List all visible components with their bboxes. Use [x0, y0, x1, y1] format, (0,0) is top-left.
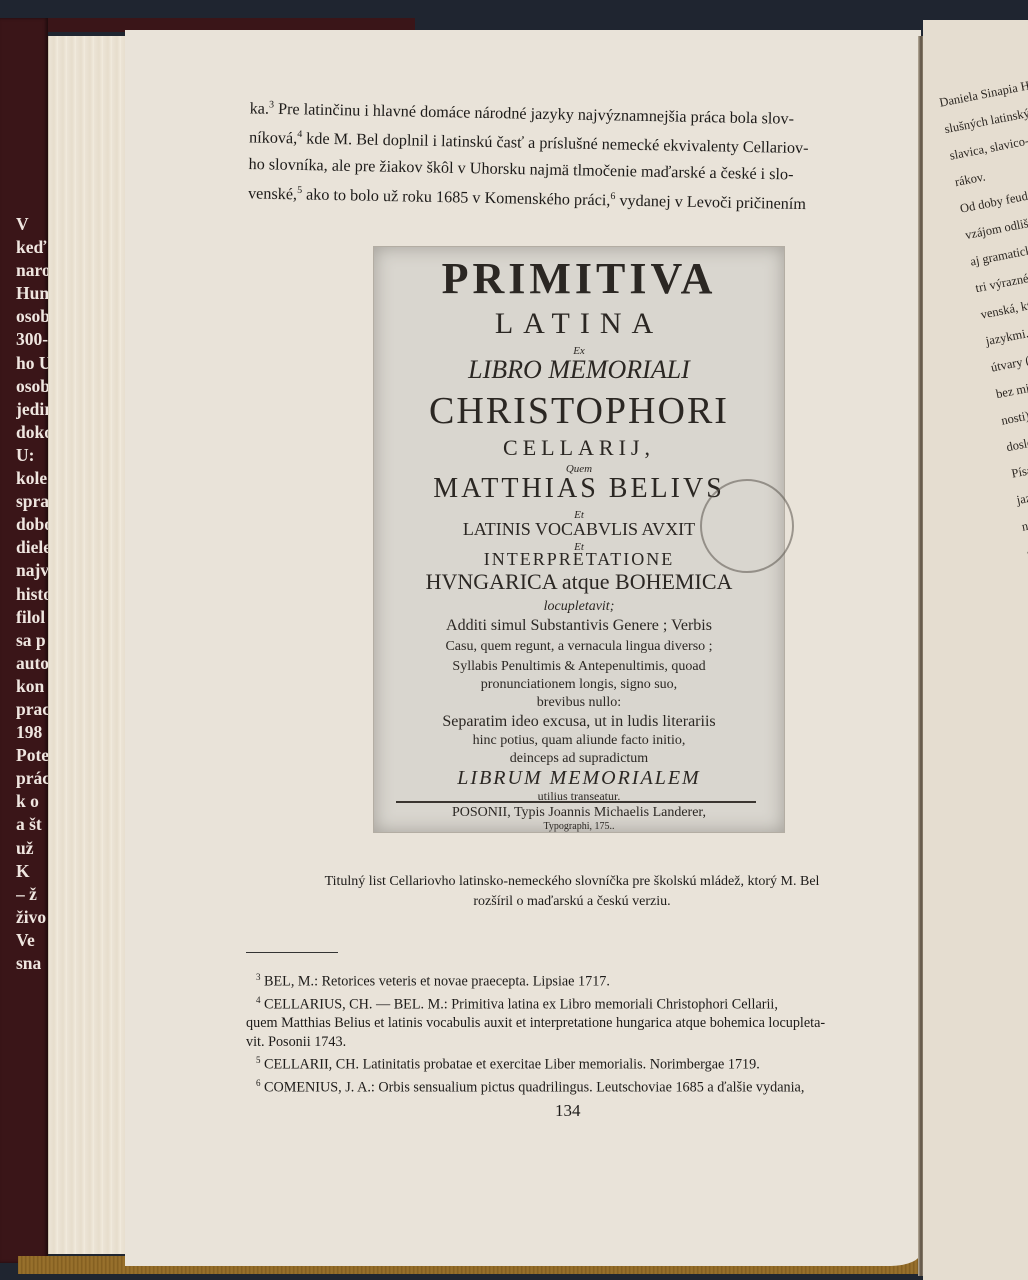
cover-text-line: Pote: [16, 744, 50, 767]
footnote-continuation: vit. Posonii 1743.: [246, 1033, 896, 1051]
right-page: Daniela Sinapia Horčslušných latinských …: [923, 20, 1028, 1280]
cover-text-line: už: [16, 837, 50, 860]
cover-text-line: sa p: [16, 629, 50, 652]
page-number: 134: [555, 1101, 581, 1121]
title-page-facsimile: PRIMITIVA LATINA Ex LIBRO MEMORIALI CHRI…: [373, 246, 785, 833]
caption-line: Titulný list Cellariovho latinsko-nemeck…: [252, 872, 892, 892]
cover-text-line: živo: [16, 906, 50, 929]
cover-text-line: – ž: [16, 883, 50, 906]
cover-text-line: 198: [16, 721, 50, 744]
footnote: 5 CELLARII, CH. Latinitatis probatae et …: [246, 1051, 896, 1074]
figure-line: LIBRUM MEMORIALEM: [374, 767, 784, 790]
main-body-text: ka.3 Pre latinčinu i hlavné domáce národ…: [248, 92, 910, 219]
library-stamp: [700, 479, 794, 573]
figure-line: Syllabis Penultimis & Antepenultimis, qu…: [374, 659, 784, 675]
cover-text-line: najv: [16, 559, 50, 582]
caption-line: rozšíril o maďarskú a českú verziu.: [252, 892, 892, 912]
figure-line: LATINA: [374, 307, 784, 341]
figure-line: hinc potius, quam aliunde facto initio,: [374, 733, 784, 749]
cover-text-line: doko: [16, 421, 50, 444]
figure-line: HVNGARICA atque BOHEMICA: [374, 569, 784, 595]
figure-line: Additi simul Substantivis Genere ; Verbi…: [374, 617, 784, 635]
footnote-continuation: quem Matthias Belius et latinis vocabuli…: [246, 1014, 896, 1032]
footnote-separator: [246, 952, 338, 953]
cover-text-line: kon: [16, 675, 50, 698]
cover-text-line: osob: [16, 305, 50, 328]
cover-text-line: osob: [16, 375, 50, 398]
figure-line: POSONII, Typis Joannis Michaelis Landere…: [374, 805, 784, 821]
cover-text-line: a št: [16, 813, 50, 836]
cover-text-line: keď: [16, 236, 50, 259]
cover-text-line: U:: [16, 444, 50, 467]
cover-text-line: filol: [16, 606, 50, 629]
cover-text-line: sna: [16, 952, 50, 975]
footnotes: 3 BEL, M.: Retorices veteris et novae pr…: [246, 968, 896, 1097]
figure-line: PRIMITIVA: [374, 253, 784, 304]
figure-line: deinceps ad supradictum: [374, 751, 784, 767]
cover-text-line: prác: [16, 767, 50, 790]
cover-text-line: V: [16, 213, 50, 236]
figure-line: CELLARIJ,: [374, 435, 784, 461]
cover-text-line: k o: [16, 790, 50, 813]
cover-text-line: ho U: [16, 352, 50, 375]
cover-text-line: dobo: [16, 513, 50, 536]
cover-text-line: naro: [16, 259, 50, 282]
figure-line: brevibus nullo:: [374, 695, 784, 711]
cover-text-line: 300-: [16, 328, 50, 351]
page-stack-edges: [48, 36, 129, 1254]
right-page-text: Daniela Sinapia Horčslušných latinských …: [937, 52, 1028, 1181]
figure-line: LIBRO MEMORIALI: [374, 355, 784, 385]
cover-text-line: auto: [16, 652, 50, 675]
cover-text-line: K: [16, 860, 50, 883]
footnote: 4 CELLARIUS, CH. — BEL. M.: Primitiva la…: [246, 991, 896, 1014]
cover-text-line: Hung: [16, 282, 50, 305]
cover-text-line: prac: [16, 698, 50, 721]
figure-line: CHRISTOPHORI: [374, 389, 784, 433]
figure-line: pronunciationem longis, signo suo,: [374, 677, 784, 693]
cover-text-line: diele: [16, 536, 50, 559]
cover-text-line: kole: [16, 467, 50, 490]
cover-text-line: jedir: [16, 398, 50, 421]
figure-rule: [396, 801, 756, 803]
left-book-cover: VkeďnaroHungosob300-ho UosobjedirdokoU:k…: [0, 18, 48, 1263]
cover-text-line: Ve: [16, 929, 50, 952]
figure-caption: Titulný list Cellariovho latinsko-nemeck…: [252, 872, 892, 912]
cover-text-line: histo: [16, 583, 50, 606]
figure-line: locupletavit;: [374, 599, 784, 615]
footnote: 3 BEL, M.: Retorices veteris et novae pr…: [246, 968, 896, 991]
figure-line: Separatim ideo excusa, ut in ludis liter…: [374, 713, 784, 731]
footnote: 6 COMENIUS, J. A.: Orbis sensualium pict…: [246, 1074, 896, 1097]
cover-flap-text: VkeďnaroHungosob300-ho UosobjedirdokoU:k…: [16, 213, 50, 975]
cover-text-line: spra: [16, 490, 50, 513]
figure-line: Typographi, 175..: [374, 821, 784, 832]
figure-line: Casu, quem regunt, a vernacula lingua di…: [374, 639, 784, 655]
